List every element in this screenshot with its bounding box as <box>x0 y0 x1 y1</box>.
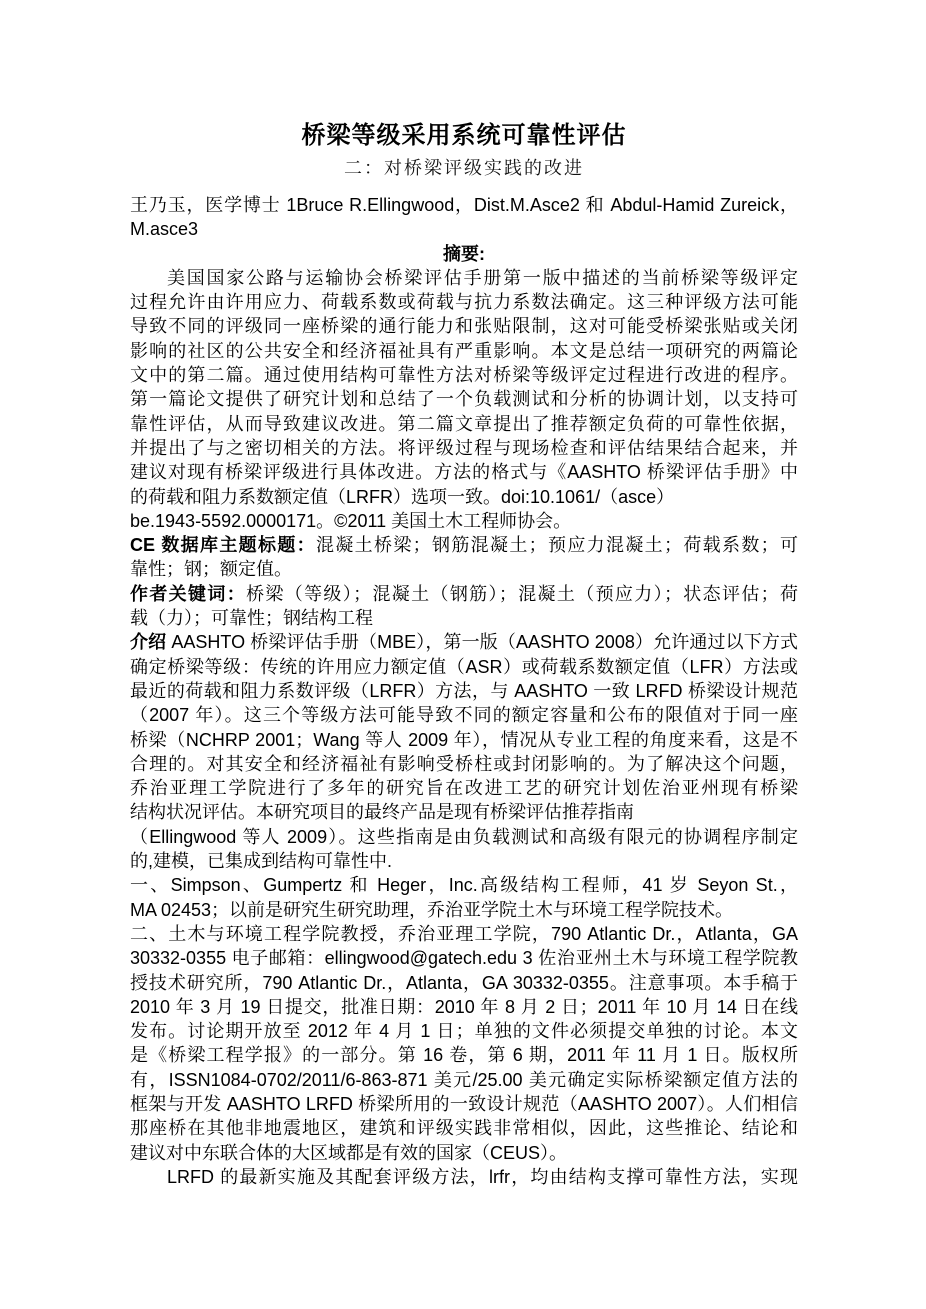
body-line: 并提出了与之密切相关的方法。将评级过程与现场检查和评估结果结合起来，并 <box>130 436 798 460</box>
body-line: 过程允许由许用应力、荷载系数或荷载与抗力系数法确定。这三种评级方法可能 <box>130 290 798 314</box>
body-line: 合理的。对其安全和经济福祉有影响受桥柱或封闭影响的。为了解决这个问题， <box>130 752 798 776</box>
body-line: 第一篇论文提供了研究计划和总结了一个负载测试和分析的协调计划，以支持可 <box>130 387 798 411</box>
ce-subject-headings-text: 混凝土桥梁；钢筋混凝土；预应力混凝土；荷载系数；可 <box>316 535 798 555</box>
body-line: （Ellingwood 等人 2009）。这些指南是由负载测试和高级有限元的协调… <box>130 825 798 849</box>
body-line: 确定桥梁等级：传统的许用应力额定值（ASR）或荷载系数额定值（LFR）方法或 <box>130 655 798 679</box>
paper-title: 桥梁等级采用系统可靠性评估 <box>130 119 798 153</box>
body-line: 靠性评估，从而导致建议改进。第二篇文章提出了推荐额定负荷的可靠性依据， <box>130 412 798 436</box>
body-line: 文中的第二篇。通过使用结构可靠性方法对桥梁等级评定过程进行改进的程序。 <box>130 363 798 387</box>
introduction-label: 介绍 <box>130 632 171 652</box>
body-line: 框架与开发 AASHTO LRFD 桥梁所用的一致设计规范（AASHTO 200… <box>130 1092 798 1116</box>
author-keywords-text: 桥梁（等级）；混凝土（钢筋）；混凝土（预应力）；状态评估；荷 <box>246 584 798 604</box>
body-line: 载（力）；可靠性；钢结构工程 <box>130 606 798 630</box>
paper-subtitle: 二：对桥梁评级实践的改进 <box>130 153 798 183</box>
body-line-footnote-1: MA 02453；以前是研究生研究助理，乔治亚学院土木与环境工程学院技术。 <box>130 898 798 922</box>
body-line: 桥梁（NCHRP 2001；Wang 等人 2009 年），情况从专业工程的角度… <box>130 728 798 752</box>
body-line: 建议对现有桥梁评级进行具体改进。方法的格式与《AASHTO 桥梁评估手册》中 <box>130 460 798 484</box>
body-line-footnote-1: 一、Simpson、Gumpertz 和 Heger，Inc.高级结构工程师，4… <box>130 873 798 897</box>
author-keywords-label: 作者关键词： <box>130 584 246 604</box>
body-line-footnote-2: 发布。讨论期开放至 2012 年 4 月 1 日；单独的文件必须提交单独的讨论。… <box>130 1019 798 1043</box>
author-line: M.asce3 <box>130 217 798 241</box>
body-line-doi: 的荷载和阻力系数额定值（LRFR）选项一致。doi:10.1061/（asce） <box>130 485 798 509</box>
body-line-ce-subject-headings: CE 数据库主题标题：混凝土桥梁；钢筋混凝土；预应力混凝土；荷载系数；可 <box>130 533 798 557</box>
body-line-footnote-2: 2010 年 3 月 19 日提交，批准日期：2010 年 8 月 2 日；20… <box>130 995 798 1019</box>
body-line: 导致不同的评级同一座桥梁的通行能力和张贴限制，这对可能受桥梁张贴或关闭 <box>130 314 798 338</box>
body-line: 影响的社区的公共安全和经济福祉具有严重影响。本文是总结一项研究的两篇论 <box>130 339 798 363</box>
body-line: 最近的荷载和阻力系数评级（LRFR）方法，与 AASHTO 一致 LRFD 桥梁… <box>130 679 798 703</box>
body-line-footnote-2: 二、土木与环境工程学院教授，乔治亚理工学院，790 Atlantic Dr.，A… <box>130 922 798 946</box>
body-line-introduction: 介绍 AASHTO 桥梁评估手册（MBE），第一版（AASHTO 2008）允许… <box>130 630 798 654</box>
body-line: 美国国家公路与运输协会桥梁评估手册第一版中描述的当前桥梁等级评定 <box>130 266 798 290</box>
body-line-footnote-2: 30332-0355 电子邮箱：ellingwood@gatech.edu 3 … <box>130 946 798 970</box>
ce-subject-headings-label: CE 数据库主题标题： <box>130 535 316 555</box>
document-page: 桥梁等级采用系统可靠性评估 二：对桥梁评级实践的改进 王乃玉，医学博士 1Bru… <box>130 119 798 1189</box>
body-line: 那座桥在其他非地震地区，建筑和评级实践非常相似，因此，这些推论、结论和 <box>130 1116 798 1140</box>
abstract-heading: 摘要: <box>130 242 798 266</box>
body-line-footnote-2: 授技术研究所，790 Atlantic Dr.，Atlanta，GA 30332… <box>130 971 798 995</box>
body-line: 靠性；钢；额定值。 <box>130 557 798 581</box>
body-line-footnote-2: 是《桥梁工程学报》的一部分。第 16 卷，第 6 期，2011 年 11 月 1… <box>130 1043 798 1067</box>
body-line: 乔治亚理工学院进行了多年的研究旨在改进工艺的研究计划佐治亚州现有桥梁 <box>130 776 798 800</box>
body-line: 的,建模，已集成到结构可靠性中. <box>130 849 798 873</box>
body-line: LRFD 的最新实施及其配套评级方法，lrfr，均由结构支撑可靠性方法，实现 <box>130 1165 798 1189</box>
body-line-copyright: be.1943-5592.0000171。©2011 美国土木工程师协会。 <box>130 509 798 533</box>
body-line: 建议对中东联合体的大区域都是有效的国家（CEUS）。 <box>130 1141 798 1165</box>
body-line-author-keywords: 作者关键词：桥梁（等级）；混凝土（钢筋）；混凝土（预应力）；状态评估；荷 <box>130 582 798 606</box>
body-line-footnote-2: 有，ISSN1084-0702/2011/6-863‐871 美元/25.00 … <box>130 1068 798 1092</box>
body-line: （2007 年）。这三个等级方法可能导致不同的额定容量和公布的限值对于同一座 <box>130 703 798 727</box>
author-line: 王乃玉，医学博士 1Bruce R.Ellingwood，Dist.M.Asce… <box>130 193 798 217</box>
introduction-text: AASHTO 桥梁评估手册（MBE），第一版（AASHTO 2008）允许通过以… <box>171 632 798 652</box>
body-line: 结构状况评估。本研究项目的最终产品是现有桥梁评估推荐指南 <box>130 800 798 824</box>
